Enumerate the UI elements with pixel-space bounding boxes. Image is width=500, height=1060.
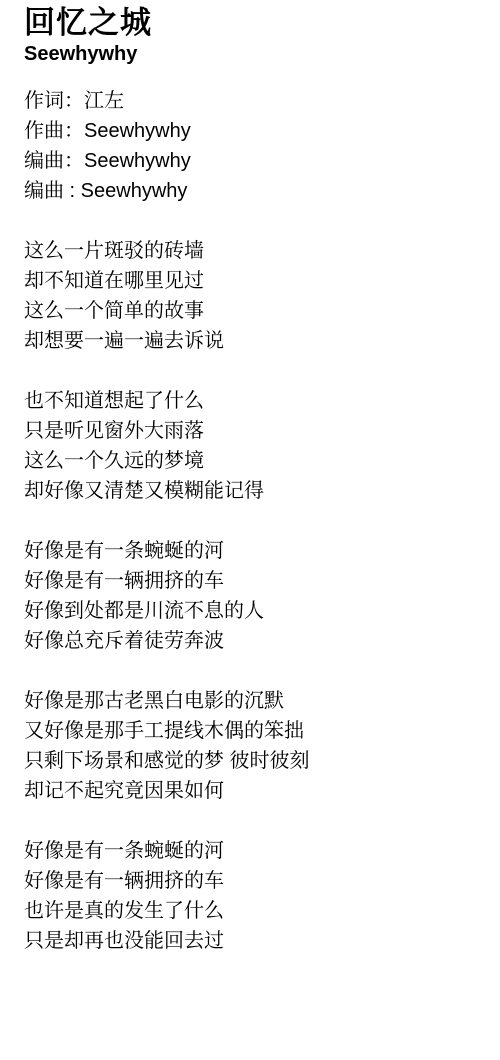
lyric-line: 也不知道想起了什么 — [24, 386, 480, 416]
credit-composer: 作曲：Seewhywhy — [24, 116, 480, 146]
lyric-line: 这么一个简单的故事 — [24, 296, 480, 326]
lyric-line: 却不知道在哪里见过 — [24, 266, 480, 296]
lyric-line: 好像是有一条蜿蜒的河 — [24, 536, 480, 566]
song-title: 回忆之城 — [24, 4, 480, 42]
lyric-line: 好像是有一条蜿蜒的河 — [24, 836, 480, 866]
lyric-line: 好像是那古老黑白电影的沉默 — [24, 686, 480, 716]
lyric-line: 好像是有一辆拥挤的车 — [24, 566, 480, 596]
lyric-line: 却好像又清楚又模糊能记得 — [24, 476, 480, 506]
lyric-line: 好像总充斥着徒劳奔波 — [24, 626, 480, 656]
credits-block: 作词：江左 作曲：Seewhywhy 编曲：Seewhywhy 编曲 : See… — [24, 86, 480, 206]
lyric-line: 这么一个久远的梦境 — [24, 446, 480, 476]
lyric-line: 好像到处都是川流不息的人 — [24, 596, 480, 626]
credit-lyricist: 作词：江左 — [24, 86, 480, 116]
lyric-line: 只是却再也没能回去过 — [24, 926, 480, 956]
lyric-line: 这么一片斑驳的砖墙 — [24, 236, 480, 266]
stanza-4: 好像是那古老黑白电影的沉默 又好像是那手工提线木偶的笨拙 只剩下场景和感觉的梦 … — [24, 686, 480, 806]
credit-arranger-2: 编曲 : Seewhywhy — [24, 176, 480, 206]
lyric-line: 也许是真的发生了什么 — [24, 896, 480, 926]
lyric-line: 只是听见窗外大雨落 — [24, 416, 480, 446]
stanza-5: 好像是有一条蜿蜒的河 好像是有一辆拥挤的车 也许是真的发生了什么 只是却再也没能… — [24, 836, 480, 956]
stanza-2: 也不知道想起了什么 只是听见窗外大雨落 这么一个久远的梦境 却好像又清楚又模糊能… — [24, 386, 480, 506]
stanza-1: 这么一片斑驳的砖墙 却不知道在哪里见过 这么一个简单的故事 却想要一遍一遍去诉说 — [24, 236, 480, 356]
lyric-line: 好像是有一辆拥挤的车 — [24, 866, 480, 896]
lyrics-page: 回忆之城 Seewhywhy 作词：江左 作曲：Seewhywhy 编曲：See… — [0, 0, 500, 956]
credit-arranger: 编曲：Seewhywhy — [24, 146, 480, 176]
lyrics-body: 这么一片斑驳的砖墙 却不知道在哪里见过 这么一个简单的故事 却想要一遍一遍去诉说… — [24, 236, 480, 956]
lyric-line: 却想要一遍一遍去诉说 — [24, 326, 480, 356]
lyric-line: 又好像是那手工提线木偶的笨拙 — [24, 716, 480, 746]
stanza-3: 好像是有一条蜿蜒的河 好像是有一辆拥挤的车 好像到处都是川流不息的人 好像总充斥… — [24, 536, 480, 656]
lyric-line: 只剩下场景和感觉的梦 彼时彼刻 — [24, 746, 480, 776]
lyric-line: 却记不起究竟因果如何 — [24, 776, 480, 806]
artist-name: Seewhywhy — [24, 42, 480, 66]
